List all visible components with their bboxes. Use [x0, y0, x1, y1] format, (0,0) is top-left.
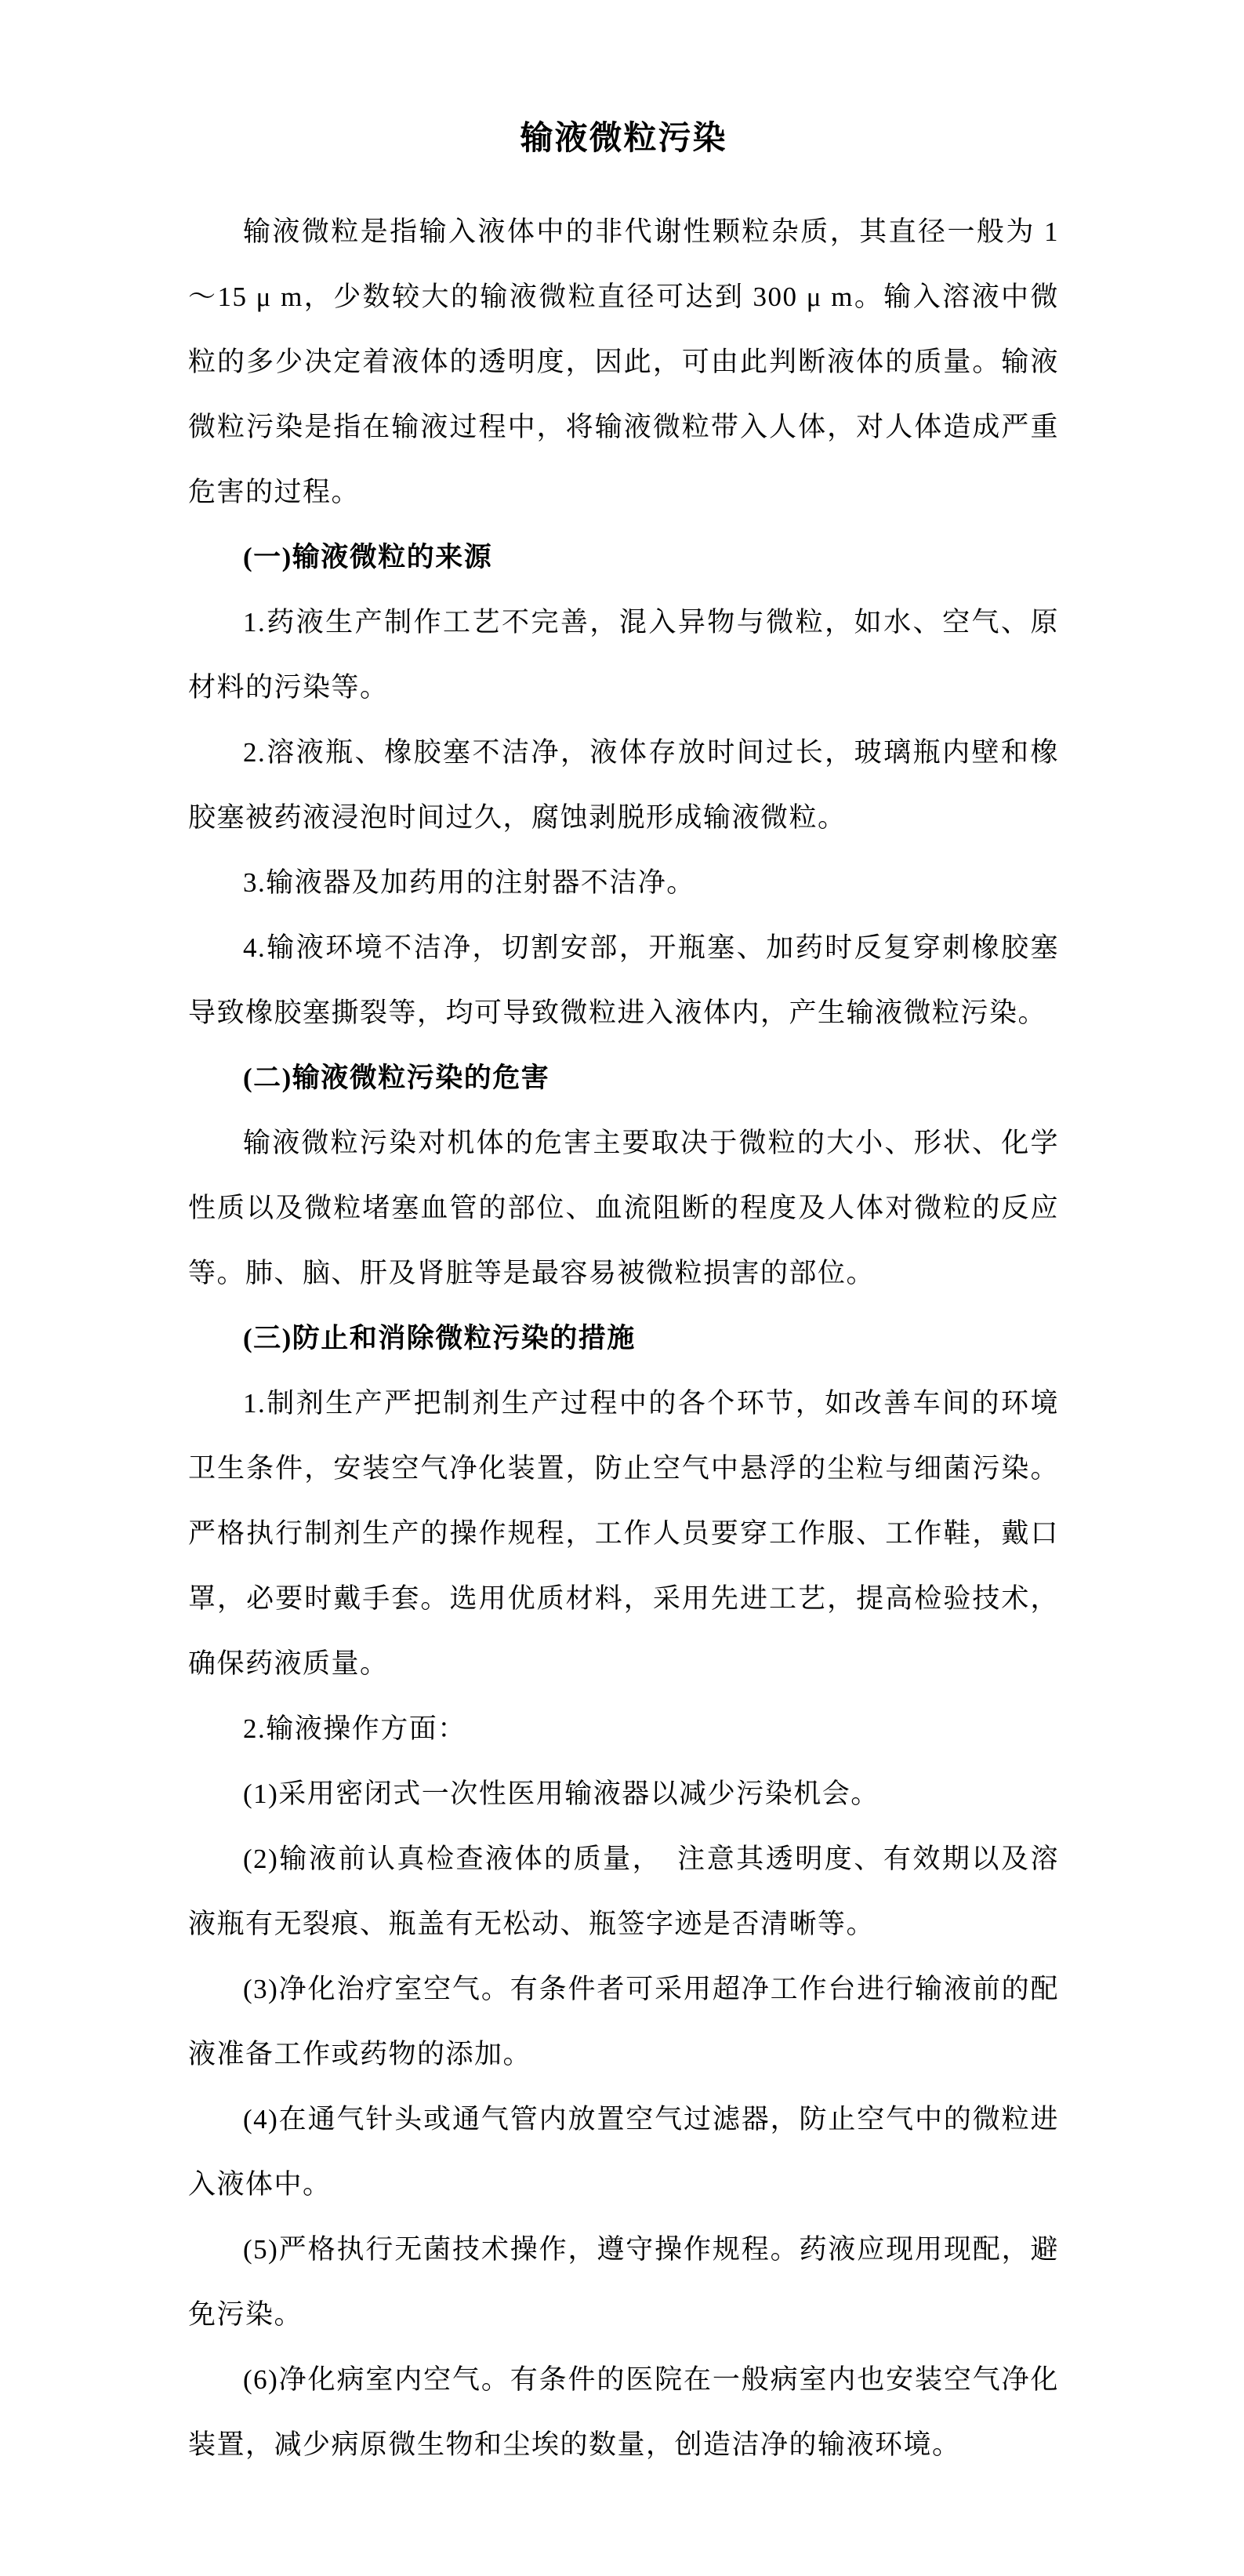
section-heading: (三)防止和消除微粒污染的措施 [188, 1306, 1059, 1371]
section-heading: (一)输液微粒的来源 [188, 525, 1059, 590]
section-heading: (二)输液微粒污染的危害 [188, 1045, 1059, 1110]
paragraph: (2)输液前认真检查液体的质量， 注意其透明度、有效期以及溶液瓶有无裂痕、瓶盖有… [188, 1826, 1059, 1957]
paragraph: 2.溶液瓶、橡胶塞不洁净，液体存放时间过长，玻璃瓶内壁和橡胶塞被药液浸泡时间过久… [188, 720, 1059, 850]
paragraph: 3.输液器及加药用的注射器不洁净。 [188, 850, 1059, 915]
paragraph: 2.输液操作方面： [188, 1696, 1059, 1761]
paragraph: (3)净化治疗室空气。有条件者可采用超净工作台进行输液前的配液准备工作或药物的添… [188, 1957, 1059, 2087]
document-body: 输液微粒是指输入液体中的非代谢性颗粒杂质，其直径一般为 1～15 μ m，少数较… [188, 199, 1059, 2477]
paragraph: (5)严格执行无菌技术操作，遵守操作规程。药液应现用现配，避免污染。 [188, 2217, 1059, 2347]
paragraph: (6)净化病室内空气。有条件的医院在一般病室内也安装空气净化装置，减少病原微生物… [188, 2347, 1059, 2477]
paragraph: 4.输液环境不洁净，切割安部，开瓶塞、加药时反复穿刺橡胶塞导致橡胶塞撕裂等，均可… [188, 915, 1059, 1045]
paragraph: (1)采用密闭式一次性医用输液器以减少污染机会。 [188, 1761, 1059, 1826]
document-title: 输液微粒污染 [188, 107, 1059, 172]
paragraph: (4)在通气针头或通气管内放置空气过滤器，防止空气中的微粒进入液体中。 [188, 2087, 1059, 2217]
paragraph: 1.制剂生产严把制剂生产过程中的各个环节，如改善车间的环境卫生条件，安装空气净化… [188, 1371, 1059, 1696]
document-page: 输液微粒污染 输液微粒是指输入液体中的非代谢性颗粒杂质，其直径一般为 1～15 … [0, 0, 1244, 2576]
paragraph: 输液微粒是指输入液体中的非代谢性颗粒杂质，其直径一般为 1～15 μ m，少数较… [188, 199, 1059, 525]
paragraph: 输液微粒污染对机体的危害主要取决于微粒的大小、形状、化学性质以及微粒堵塞血管的部… [188, 1110, 1059, 1306]
paragraph: 1.药液生产制作工艺不完善，混入异物与微粒，如水、空气、原材料的污染等。 [188, 590, 1059, 720]
